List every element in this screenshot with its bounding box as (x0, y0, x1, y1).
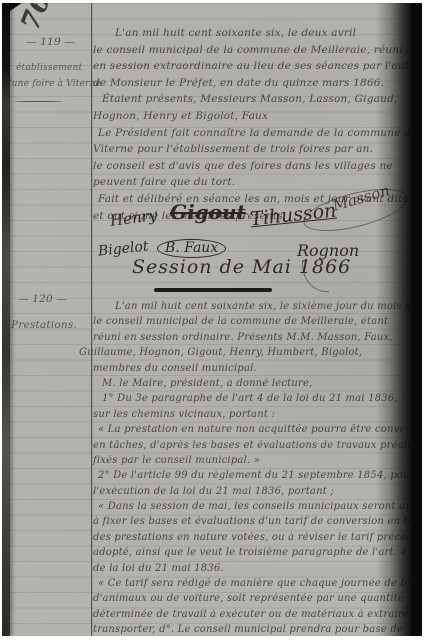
session-heading: Session de Mai 1866 (132, 256, 351, 278)
heading-underline (154, 288, 272, 292)
manuscript-line: à fixer les bases et évaluations d'un ta… (93, 516, 418, 531)
manuscript-line: des prestations en nature votées, ou à r… (93, 532, 418, 547)
manuscript-line: le conseil est d'avis que des foires dan… (93, 160, 418, 177)
manuscript-line: M. le Maire, président, a donné lecture, (93, 378, 418, 393)
manuscript-line: transporter, d°. Le conseil municipal pr… (93, 624, 418, 636)
manuscript-line: 2° De l'article 99 du règlement du 21 se… (93, 470, 418, 485)
manuscript-line: L'an mil huit cent soixante six, le sixi… (93, 301, 418, 316)
margin-flourish (14, 101, 62, 102)
entry-119-margin-note-line: d'une foire à Viterne (3, 79, 101, 89)
manuscript-page: 76 — 119 — établissement d'une foire à V… (2, 3, 422, 636)
entry-120-margin-note: Prestations. (11, 319, 77, 331)
manuscript-line: L'an mil huit cent soixante six, le deux… (93, 27, 418, 44)
entry-120-body: L'an mil huit cent soixante six, le sixi… (93, 301, 418, 636)
manuscript-line: Hognon, Henry et Bigolot, Faux (93, 110, 418, 127)
manuscript-line: en tâches, d'après les bases et évaluati… (93, 440, 418, 455)
manuscript-line: d'animaux ou de voiture, soit représenté… (93, 593, 418, 608)
page-corner-number: 76 (16, 3, 58, 35)
manuscript-line: « La prestation en nature non acquittée … (93, 424, 418, 439)
entry-120-margin-number: — 120 — (18, 293, 67, 305)
manuscript-line: sur les chemins vicinaux, portant : (93, 409, 418, 424)
manuscript-line: déterminée de travail à exécuter ou de m… (93, 609, 418, 624)
entry-119-margin-number: — 119 — (26, 36, 75, 48)
manuscript-line: fixés par le conseil municipal. » (93, 455, 418, 470)
page-edge-shadow (376, 3, 422, 636)
manuscript-line: le conseil municipal de la commune de Me… (93, 44, 418, 61)
manuscript-line: Le Président fait connaître la demande d… (93, 127, 418, 144)
margin-rule-line (91, 3, 92, 636)
manuscript-line: 1° Du 3e paragraphe de l'art 4 de la loi… (93, 393, 418, 408)
manuscript-line: l'exécution de la loi du 21 mai 1836, po… (93, 486, 418, 501)
manuscript-line: réuni en session ordinaire. Présents M.M… (93, 332, 418, 347)
manuscript-line: de la loi du 21 mai 1836. (93, 563, 418, 578)
manuscript-line: membres du conseil municipal. (93, 363, 418, 378)
manuscript-line: de Monsieur le Préfet, en date du quinze… (93, 77, 418, 94)
manuscript-line: le conseil municipal de la commune de Me… (93, 316, 418, 331)
manuscript-line: Viterne pour l'établissement de trois fo… (93, 143, 418, 160)
manuscript-line: « Dans la session de mai, les conseils m… (93, 501, 418, 516)
manuscript-line: « Ce tarif sera rédigé de manière que ch… (93, 578, 418, 593)
book-binding-edge (2, 3, 10, 636)
manuscript-line: Guillaume, Hognon, Gigout, Henry, Humber… (79, 347, 418, 362)
manuscript-line: adopté, ainsi que le veut le troisième p… (93, 547, 418, 562)
scanned-register-page: 76 — 119 — établissement d'une foire à V… (0, 0, 426, 640)
manuscript-line: Étaient présents, Messieurs Masson, Lass… (93, 93, 418, 110)
entry-119-margin-note-line: établissement (16, 63, 82, 73)
manuscript-line: en session extraordinaire au lieu de ses… (93, 60, 418, 77)
signature-gigout: Gigout (170, 200, 246, 224)
